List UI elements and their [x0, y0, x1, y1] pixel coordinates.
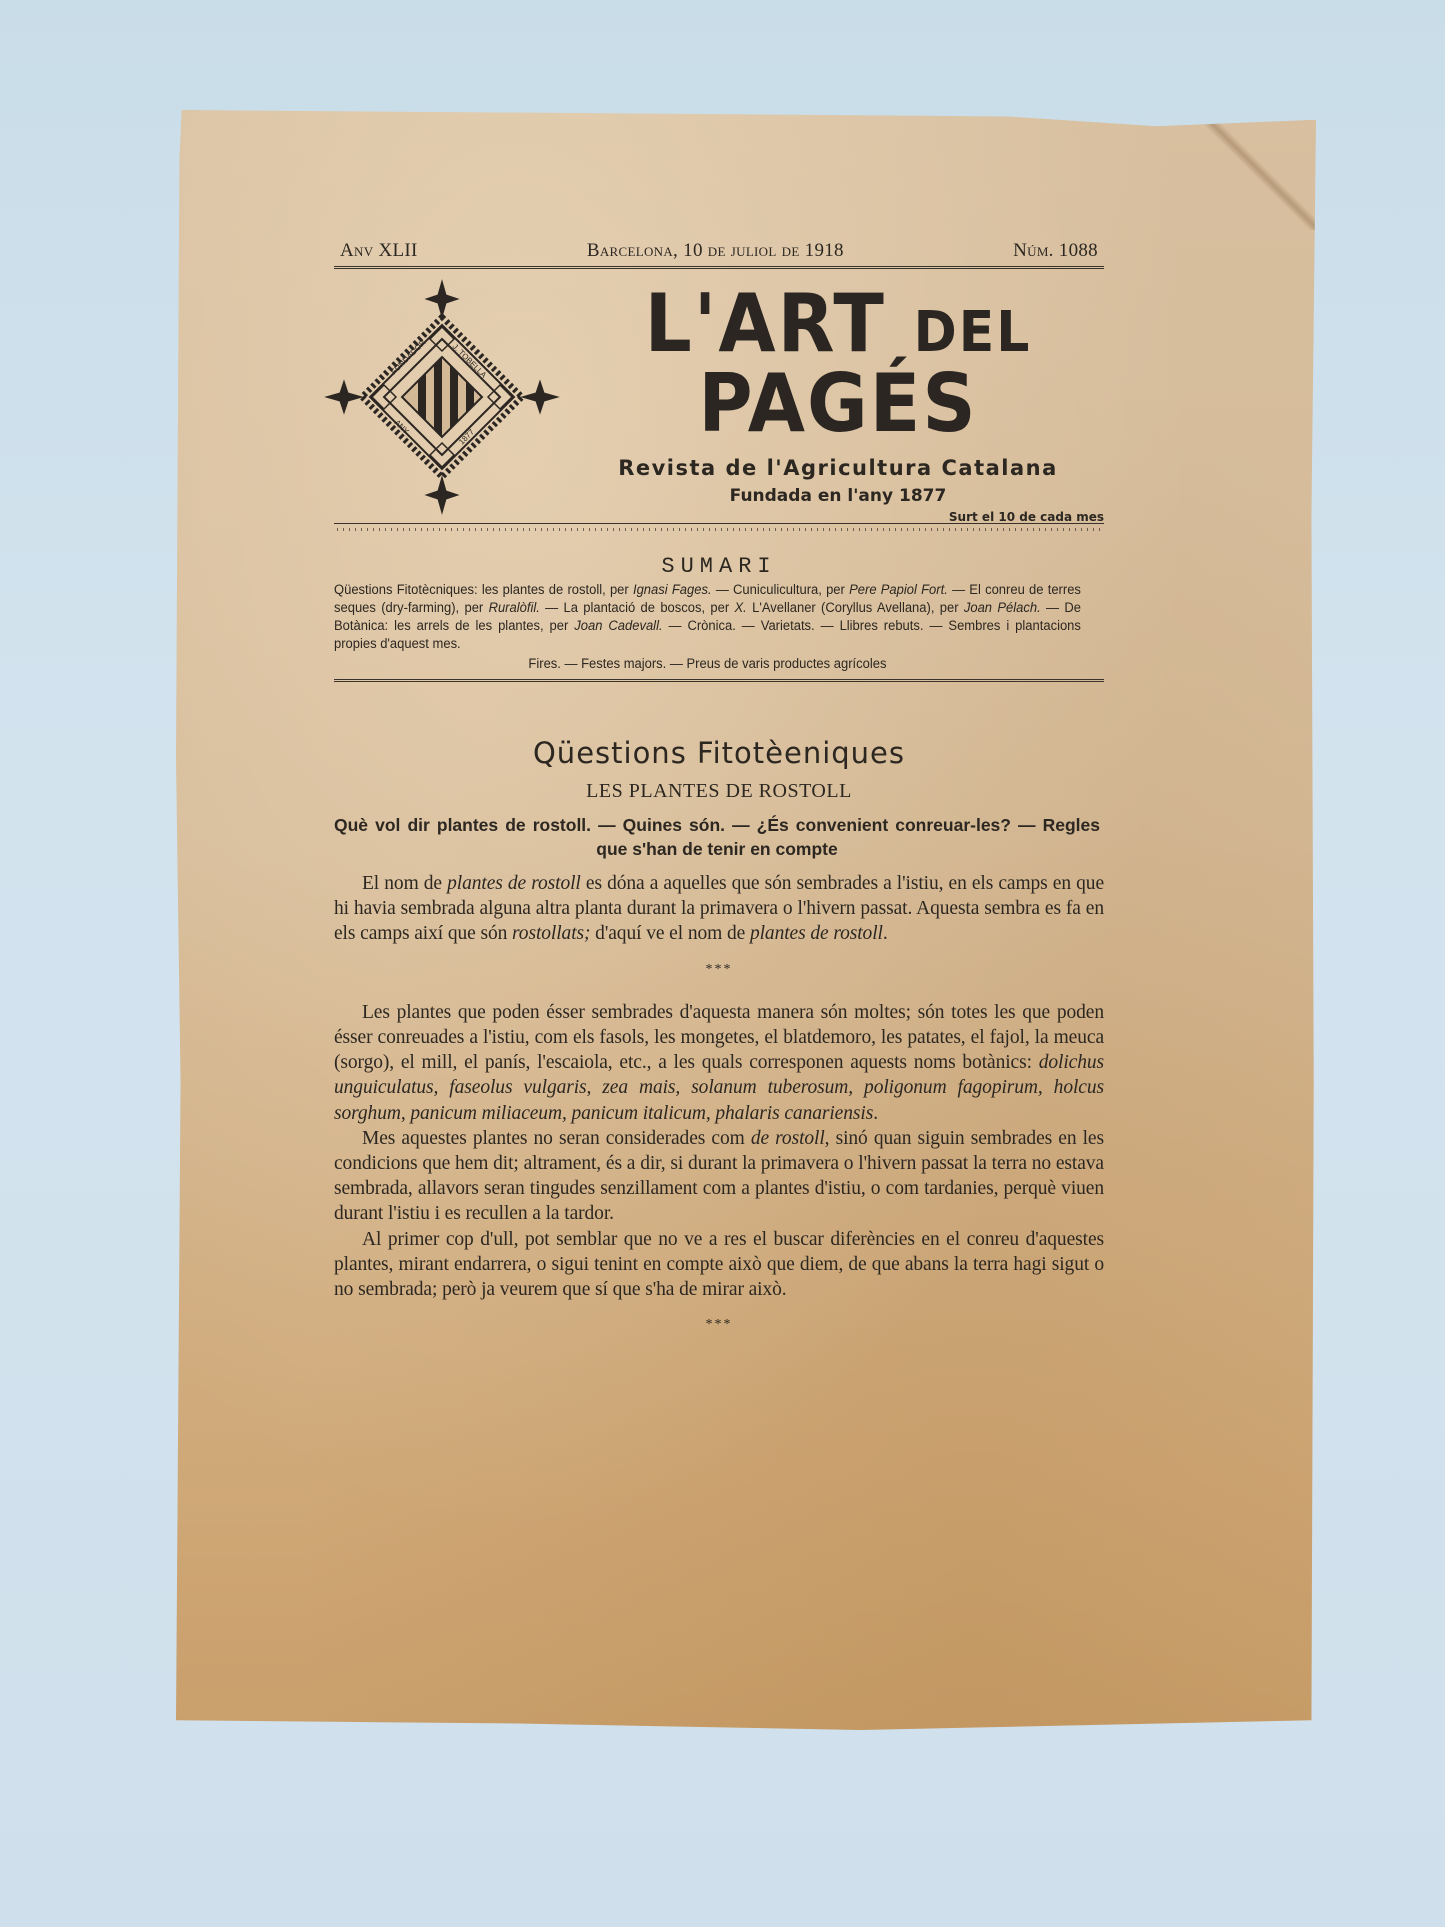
- article-lead: Què vol dir plantes de rostoll. — Quines…: [334, 813, 1104, 861]
- summary-last-line: Fires. — Festes majors. — Preus de varis…: [334, 655, 1081, 673]
- diamond-crest-emblem-icon: FUNDADOR J. TOBELLA ANY 1877: [322, 277, 562, 517]
- paragraph-2: Les plantes que poden ésser sembrades d'…: [334, 1000, 1104, 1126]
- article-subtitle: LES PLANTES DE ROSTOLL: [334, 780, 1104, 803]
- volume-number: Anv XLII: [340, 240, 418, 262]
- masthead: FUNDADOR J. TOBELLA ANY 1877 L'ART DEL P…: [334, 277, 1104, 517]
- section-separator: ***: [334, 957, 1104, 982]
- place-and-date: Barcelona, 10 de juliol de 1918: [587, 240, 844, 262]
- article-title: Qüestions Fitotèeniques: [334, 736, 1104, 770]
- summary-contents: Qüestions Fitotècniques: les plantes de …: [334, 581, 1081, 653]
- folded-corner: [1196, 110, 1316, 230]
- magazine-title: L'ART DEL PAGÉS: [572, 284, 1104, 444]
- article-body: El nom de plantes de rostoll es dóna a a…: [334, 871, 1104, 1337]
- title-block: L'ART DEL PAGÉS Revista de l'Agricultura…: [562, 270, 1104, 524]
- publication-frequency: Surt el 10 de cada mes: [572, 510, 1104, 524]
- page-content: Anv XLII Barcelona, 10 de juliol de 1918…: [334, 240, 1104, 1355]
- end-separator: ***: [334, 1312, 1104, 1337]
- magazine-subtitle: Revista de l'Agricultura Catalana: [572, 456, 1104, 480]
- founded-line: Fundada en l'any 1877: [572, 486, 1104, 506]
- summary-heading: SUMARI: [334, 554, 1104, 579]
- paragraph-3: Mes aquestes plantes no seran considerad…: [334, 1126, 1104, 1227]
- masthead-info-bar: Anv XLII Barcelona, 10 de juliol de 1918…: [334, 240, 1104, 269]
- svg-text:FUNDADOR: FUNDADOR: [389, 338, 428, 377]
- issue-number: Núm. 1088: [1013, 240, 1098, 262]
- double-divider: [334, 679, 1104, 686]
- paragraph-4: Al primer cop d'ull, pot semblar que no …: [334, 1227, 1104, 1303]
- paragraph-1: El nom de plantes de rostoll es dóna a a…: [334, 871, 1104, 947]
- wavy-divider: [334, 523, 1104, 534]
